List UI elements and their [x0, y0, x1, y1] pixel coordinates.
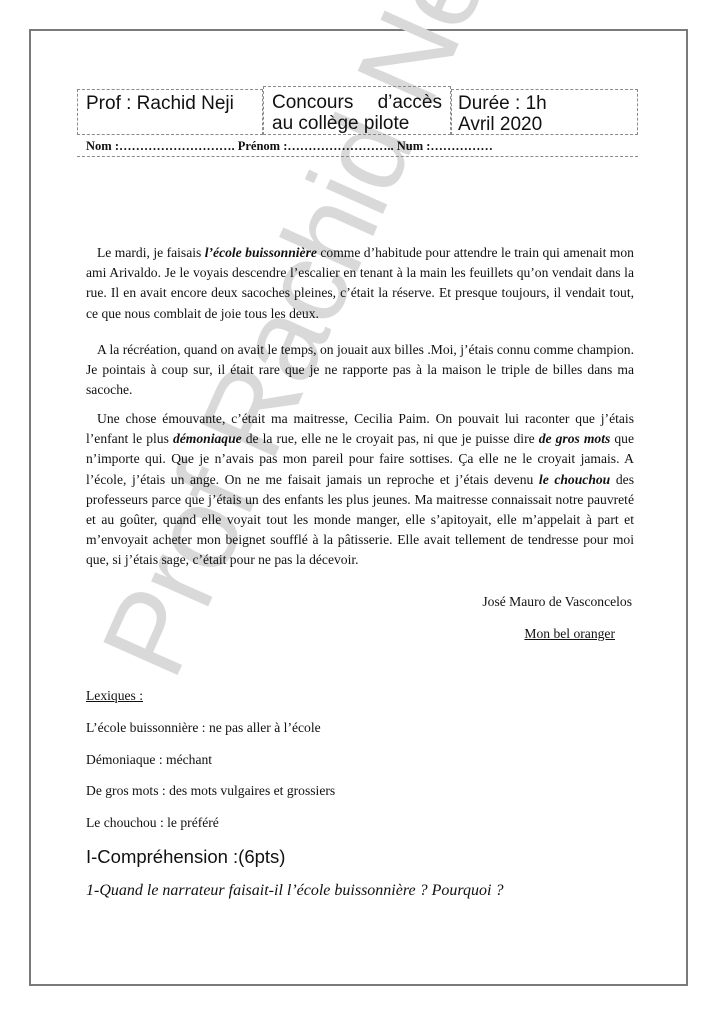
- header-divider: [77, 156, 638, 157]
- lexique-item: L’école buissonnière : ne pas aller à l’…: [86, 720, 321, 736]
- section-title-comprehension: I-Compréhension :(6pts): [86, 846, 285, 868]
- paragraph-3-text: Une chose émouvante, c’était ma maitress…: [86, 409, 634, 571]
- text-run: Le mardi, je faisais: [97, 245, 205, 260]
- header-exam-box: Concours d’accès au collège pilote: [263, 86, 451, 135]
- paragraph-2: A la récréation, quand on avait le temps…: [86, 340, 634, 401]
- exam-title-line2: au collège pilote: [272, 113, 442, 134]
- student-info-line: Nom :………………………. Prénom :…………………….. Num :…: [86, 139, 493, 154]
- exam-date: Avril 2020: [458, 114, 629, 135]
- paragraph-1: Le mardi, je faisais l’école buissonnièr…: [86, 243, 634, 324]
- exam-title-word2: d’accès: [378, 92, 442, 113]
- teacher-name: Prof : Rachid Neji: [86, 93, 254, 114]
- paragraph-3: Une chose émouvante, c’était ma maitress…: [86, 409, 634, 571]
- text-run: de la rue, elle ne le croyait pas, ni qu…: [242, 431, 539, 446]
- header-duration-box: Durée : 1h Avril 2020: [451, 89, 638, 135]
- emphasized-term: l’école buissonnière: [205, 245, 317, 260]
- author-name: José Mauro de Vasconcelos: [482, 594, 632, 610]
- emphasized-term: de gros mots: [539, 431, 611, 446]
- paragraph-2-text: A la récréation, quand on avait le temps…: [86, 340, 634, 401]
- exam-title-word1: Concours: [272, 92, 353, 113]
- text-run: A la récréation, quand on avait le temps…: [86, 342, 634, 397]
- exam-title-line1: Concours d’accès: [272, 92, 442, 113]
- paragraph-1-text: Le mardi, je faisais l’école buissonnièr…: [86, 243, 634, 324]
- question-1: 1-Quand le narrateur faisait-il l’école …: [86, 882, 503, 900]
- lexique-item: Le chouchou : le préféré: [86, 815, 219, 831]
- lexique-item: Démoniaque : méchant: [86, 752, 212, 768]
- lexique-title: Lexiques :: [86, 688, 143, 704]
- lexique-item: De gros mots : des mots vulgaires et gro…: [86, 783, 335, 799]
- book-title: Mon bel oranger: [524, 626, 615, 642]
- exam-duration: Durée : 1h: [458, 93, 629, 114]
- header-teacher-box: Prof : Rachid Neji: [77, 89, 263, 135]
- emphasized-term: le chouchou: [539, 472, 610, 487]
- emphasized-term: démoniaque: [173, 431, 242, 446]
